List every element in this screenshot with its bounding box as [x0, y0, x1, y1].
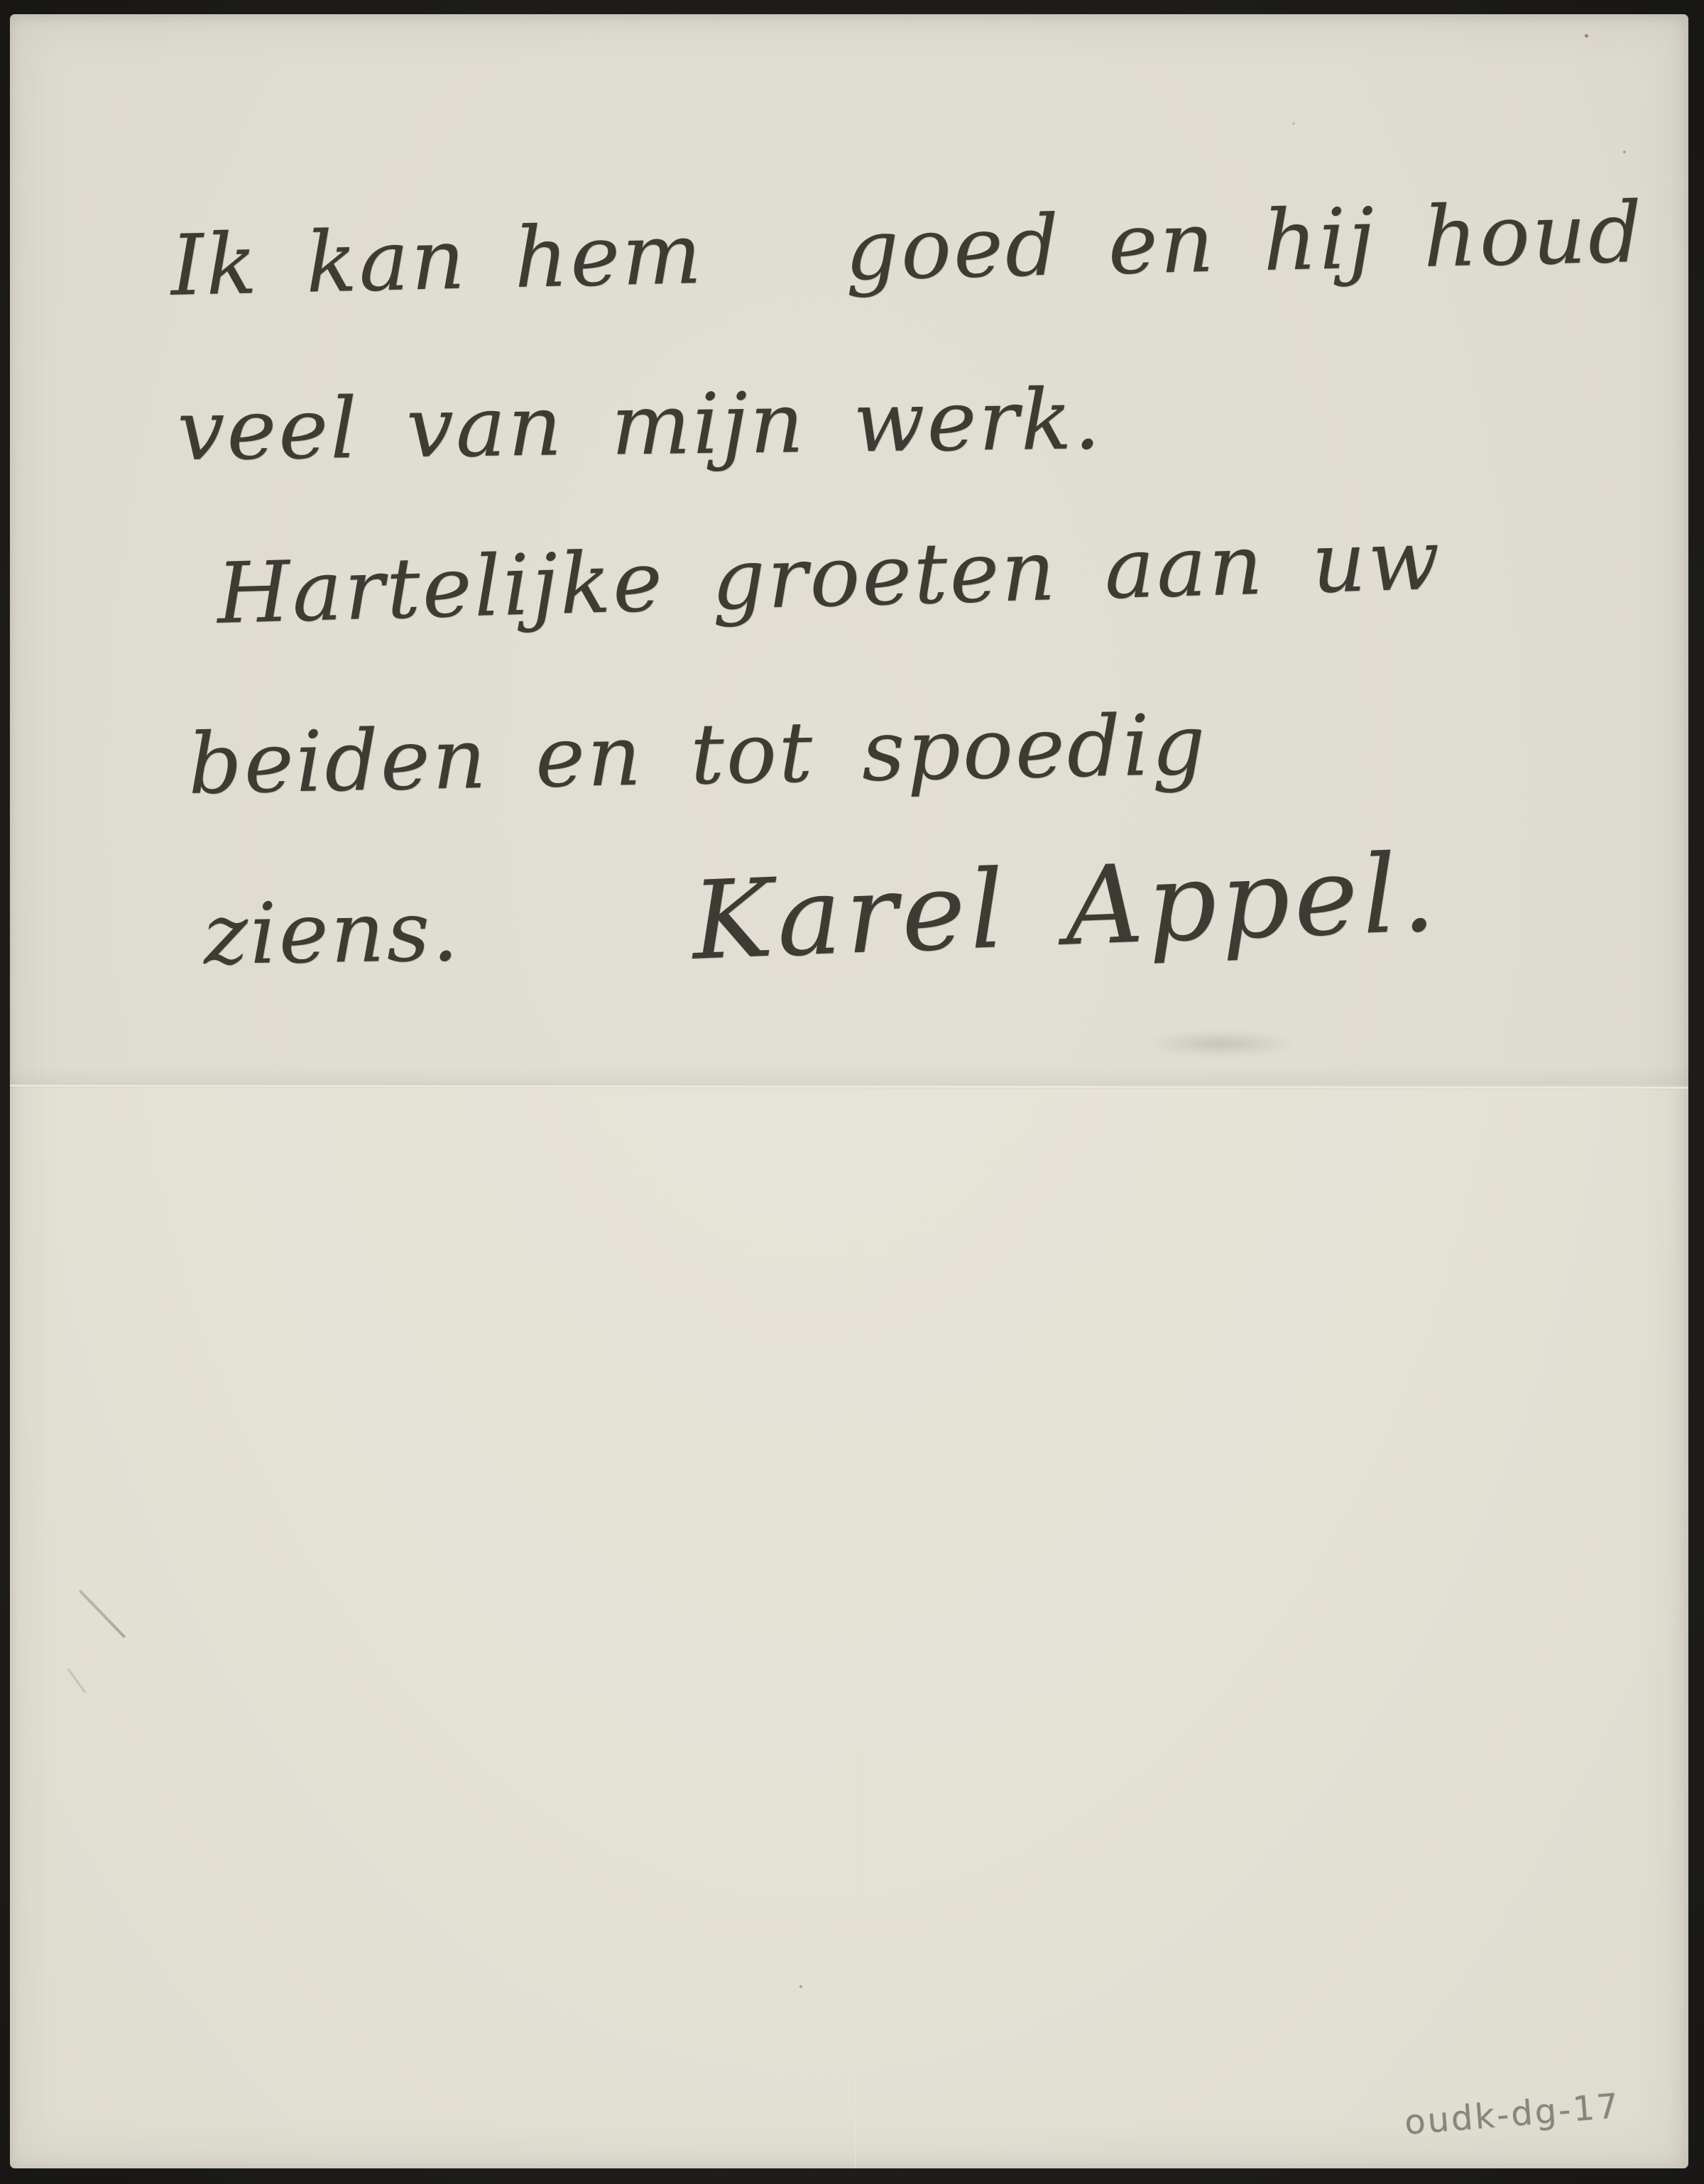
handwritten-line-1: Ik kan hem goed en hij houd: [170, 190, 1645, 307]
scanned-letter-canvas: Ik kan hem goed en hij houd veel van mij…: [0, 0, 1704, 2184]
paper-speck: [799, 1985, 802, 1988]
pencil-stray-mark-small: [67, 1668, 86, 1693]
handwritten-line-4: beiden en tot spoedig: [187, 702, 1208, 806]
vertical-fold-crease: [854, 1088, 856, 2168]
paper-speck: [1623, 151, 1626, 153]
signature-karel-appel: Karel Appel.: [690, 839, 1441, 976]
handwritten-line-3: Hartelijke groeten aan uw: [216, 518, 1443, 635]
archive-code-annotation: oudk-dg-17: [1403, 2086, 1622, 2143]
pencil-stray-mark: [79, 1590, 126, 1639]
paper-speck: [1585, 34, 1588, 38]
handwritten-line-5: ziens.: [203, 889, 461, 976]
letter-paper-sheet: Ik kan hem goed en hij houd veel van mij…: [10, 14, 1688, 2168]
horizontal-fold-shadow: [10, 1067, 1688, 1085]
handwritten-line-2: veel van mijn werk.: [177, 377, 1103, 472]
ink-smudge: [1118, 1025, 1323, 1062]
paper-speck: [1292, 122, 1295, 125]
